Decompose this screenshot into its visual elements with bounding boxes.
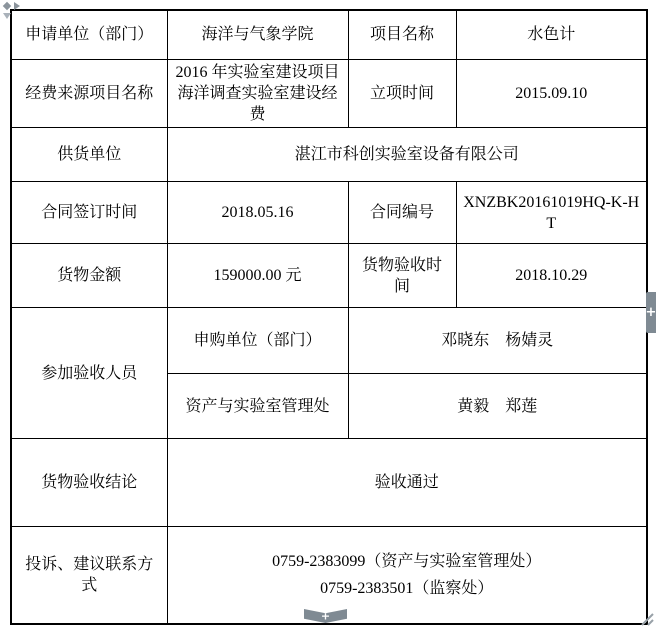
- complaint-phone-line1: 0759-2383099（资产与实验室管理处）: [174, 548, 641, 575]
- plus-icon: +: [646, 305, 656, 318]
- label-funding-source: 经费来源项目名称: [11, 60, 167, 128]
- value-asset-lab-office-members: 黄毅 郑莲: [348, 374, 647, 439]
- label-contract-sign-date: 合同签订时间: [11, 182, 167, 244]
- table-row: 供货单位 湛江市科创实验室设备有限公司: [11, 128, 647, 182]
- acceptance-form-page: 申请单位（部门） 海洋与气象学院 项目名称 水色计 经费来源项目名称 2016 …: [0, 0, 656, 629]
- label-applicant-dept: 申请单位（部门）: [11, 10, 167, 60]
- value-funding-source: 2016 年实验室建设项目海洋调查实验室建设经费: [167, 60, 348, 128]
- value-goods-amount: 159000.00 元: [167, 244, 348, 308]
- table-row: 货物验收结论 验收通过: [11, 439, 647, 527]
- label-approval-date: 立项时间: [348, 60, 456, 128]
- value-purchasing-unit-members: 邓晓东 杨婧灵: [348, 308, 647, 374]
- complaint-phone-line2: 0759-2383501（监察处）: [174, 575, 641, 602]
- table-row: 投诉、建议联系方式 0759-2383099（资产与实验室管理处） 0759-2…: [11, 527, 647, 625]
- label-supplier: 供货单位: [11, 128, 167, 182]
- value-goods-acceptance-date: 2018.10.29: [456, 244, 647, 308]
- label-acceptance-conclusion: 货物验收结论: [11, 439, 167, 527]
- label-goods-amount: 货物金额: [11, 244, 167, 308]
- table-row: 经费来源项目名称 2016 年实验室建设项目海洋调查实验室建设经费 立项时间 2…: [11, 60, 647, 128]
- label-contract-number: 合同编号: [348, 182, 456, 244]
- value-contract-sign-date: 2018.05.16: [167, 182, 348, 244]
- value-complaint-contact: 0759-2383099（资产与实验室管理处） 0759-2383501（监察处…: [167, 527, 647, 625]
- table-row: 合同签订时间 2018.05.16 合同编号 XNZBK20161019HQ-K…: [11, 182, 647, 244]
- label-acceptance-participants: 参加验收人员: [11, 308, 167, 439]
- resize-grip-icon[interactable]: [639, 611, 654, 626]
- label-asset-lab-office: 资产与实验室管理处: [167, 374, 348, 439]
- table-row: 参加验收人员 申购单位（部门） 邓晓东 杨婧灵: [11, 308, 647, 374]
- table-row: 货物金额 159000.00 元 货物验收时间 2018.10.29: [11, 244, 647, 308]
- expand-right-handle[interactable]: +: [646, 292, 656, 333]
- value-acceptance-conclusion: 验收通过: [167, 439, 647, 527]
- value-supplier: 湛江市科创实验室设备有限公司: [167, 128, 647, 182]
- table-row: 申请单位（部门） 海洋与气象学院 项目名称 水色计: [11, 10, 647, 60]
- label-purchasing-unit: 申购单位（部门）: [167, 308, 348, 374]
- label-project-name: 项目名称: [348, 10, 456, 60]
- value-applicant-dept: 海洋与气象学院: [167, 10, 348, 60]
- acceptance-form-table: 申请单位（部门） 海洋与气象学院 项目名称 水色计 经费来源项目名称 2016 …: [10, 9, 648, 625]
- value-contract-number: XNZBK20161019HQ-K-HT: [456, 182, 647, 244]
- label-complaint-contact: 投诉、建议联系方式: [11, 527, 167, 625]
- value-project-name: 水色计: [456, 10, 647, 60]
- label-goods-acceptance-date: 货物验收时间: [348, 244, 456, 308]
- value-approval-date: 2015.09.10: [456, 60, 647, 128]
